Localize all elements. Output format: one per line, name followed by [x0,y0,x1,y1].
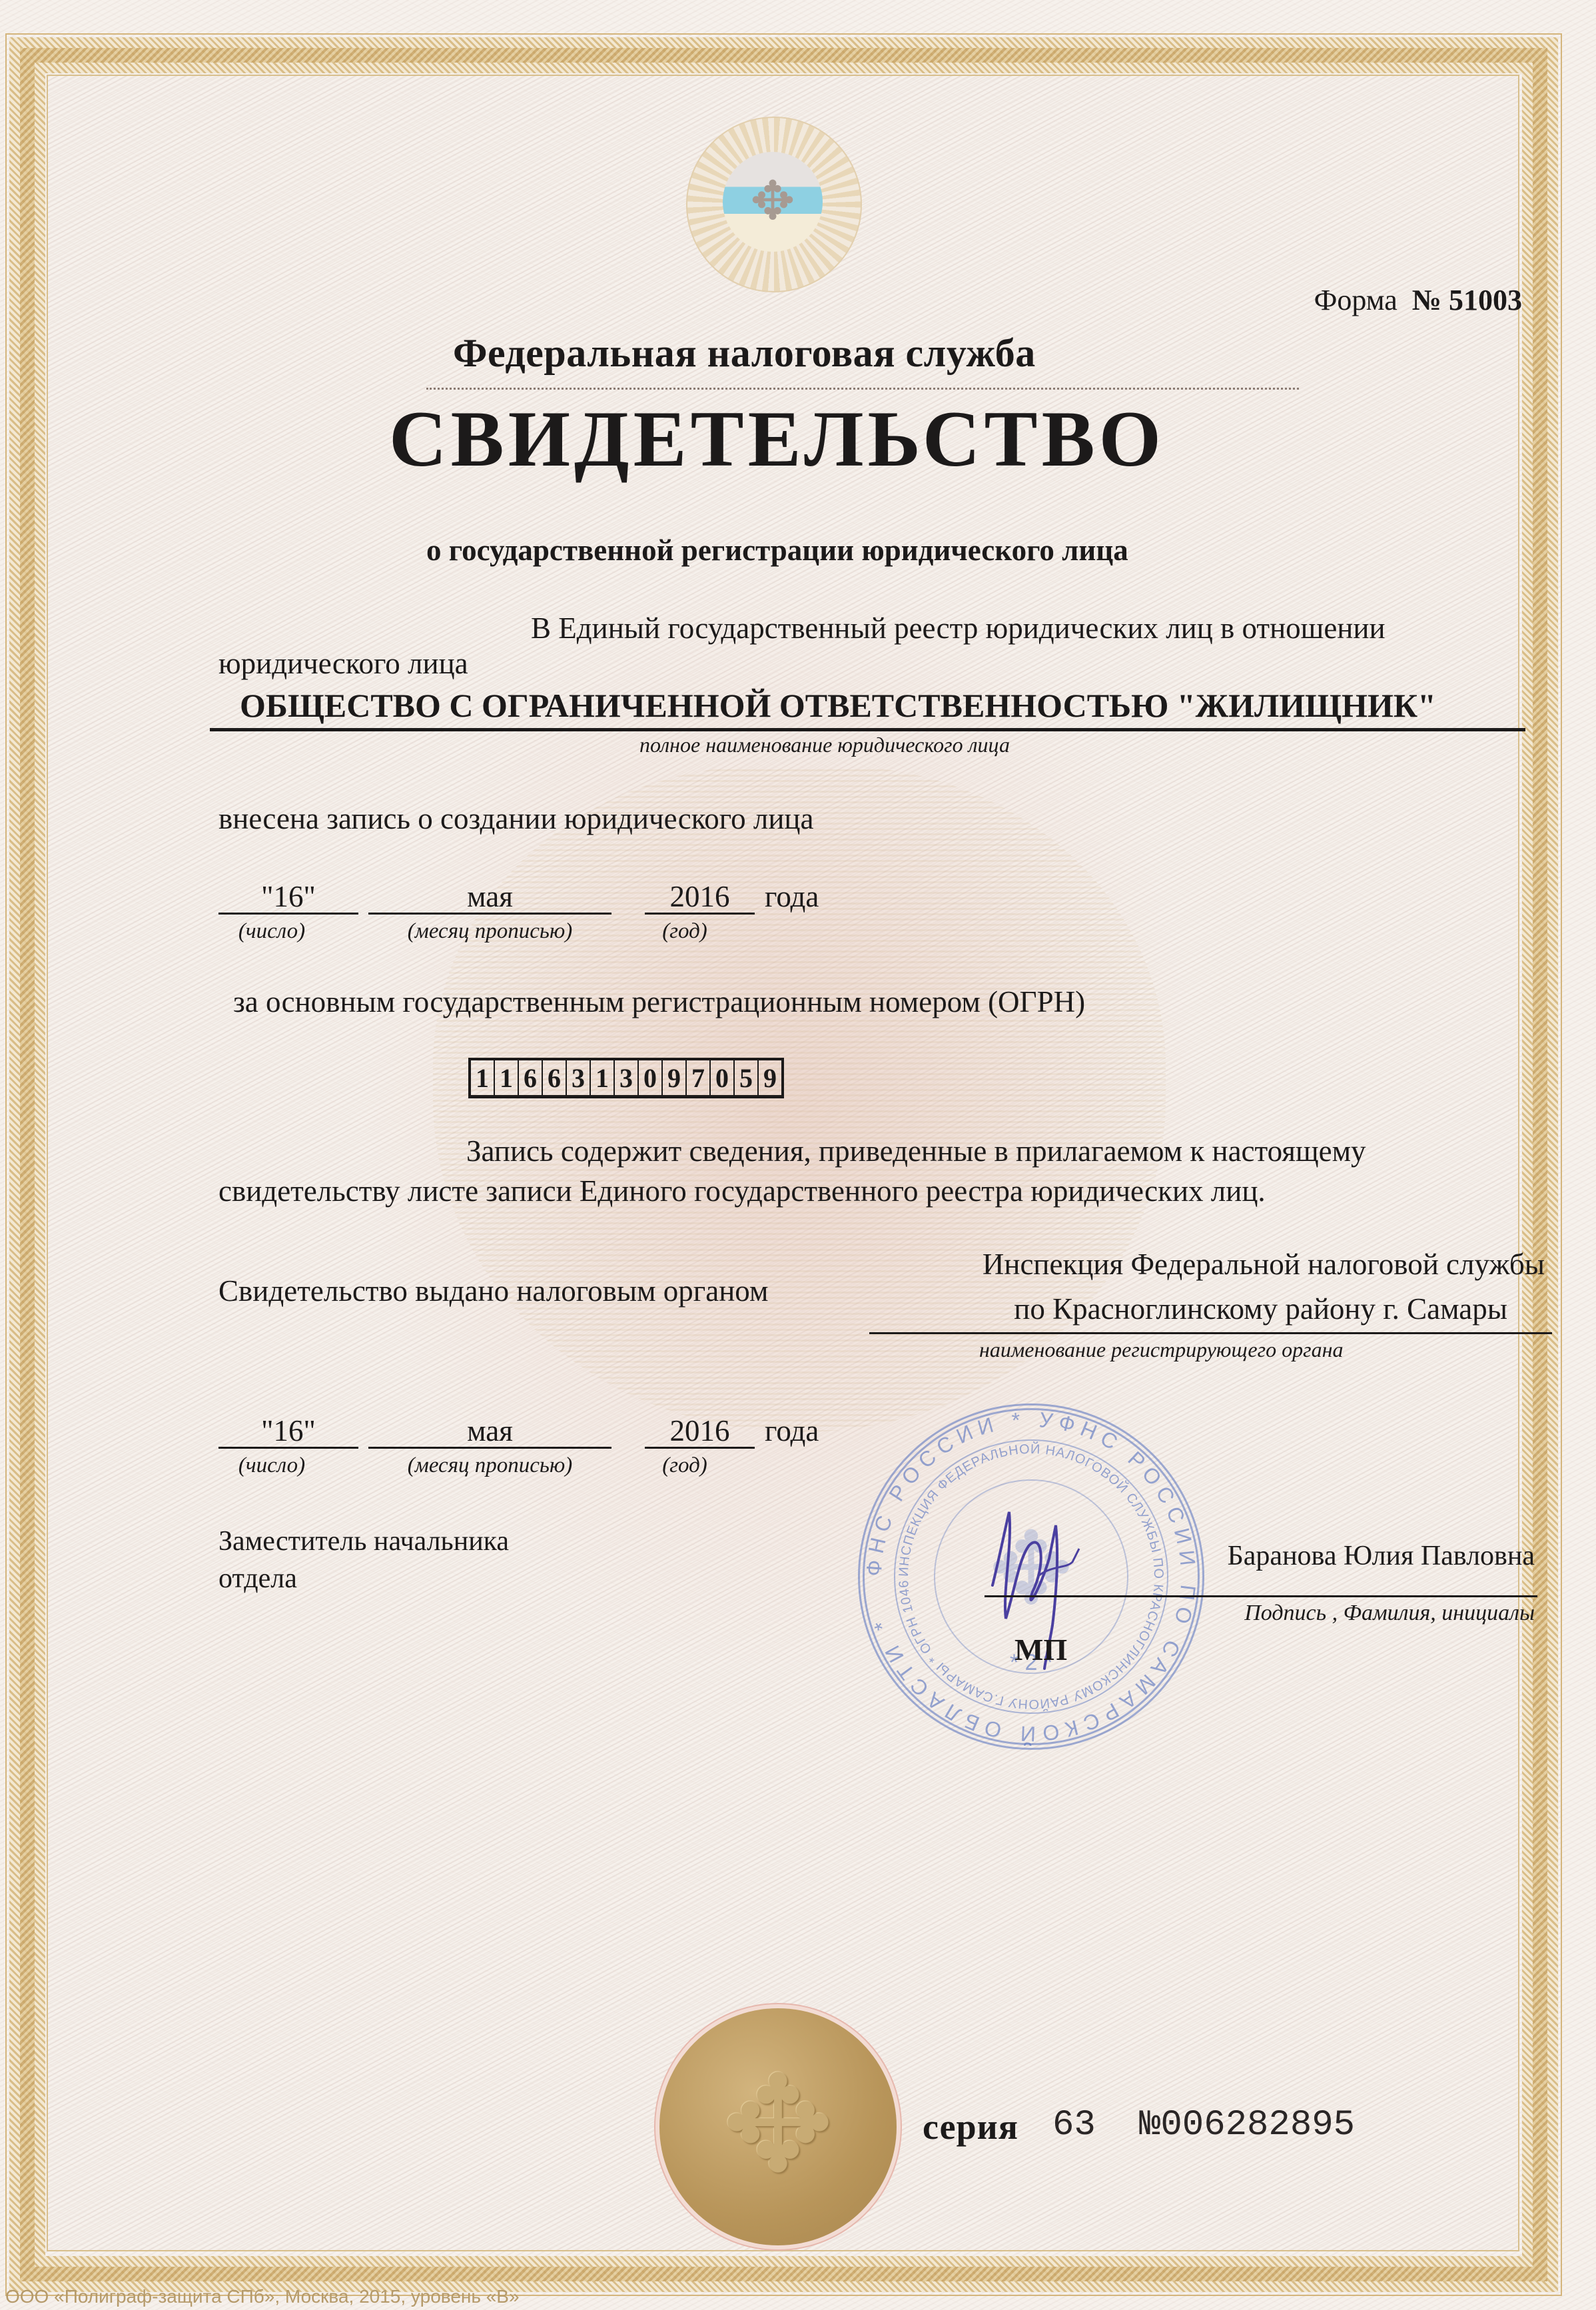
issue-month: мая [368,1413,611,1448]
registration-year-caption: (год) [645,919,725,944]
registration-year: 2016 [645,879,755,914]
company-name: ОБЩЕСТВО С ОГРАНИЧЕННОЙ ОТВЕТСТВЕННОСТЬЮ… [240,686,1436,725]
record-note-line-1: Запись содержит сведения, приведенные в … [466,1134,1366,1168]
ogrn-digit: 9 [759,1060,781,1095]
signature-caption: Подпись , Фамилия, инициалы [1244,1601,1535,1626]
entry-text: внесена запись о создании юридического л… [218,801,813,836]
form-number-label: Форма [1314,284,1397,316]
registration-year-line [645,913,755,915]
issue-year-line [645,1447,755,1449]
signature-line [985,1595,1537,1597]
seal-eagle-icon: ✥ [659,2025,897,2225]
document-number: №006282895 [1139,2105,1355,2145]
seal-place-mark: МП [1014,1632,1067,1667]
issue-day-line [218,1447,358,1449]
issue-day: "16" [218,1413,358,1448]
registration-month: мая [368,879,611,914]
signatory-name: Баранова Юлия Павловна [1228,1540,1535,1572]
issue-year: 2016 [645,1413,755,1448]
registration-year-suffix: года [765,879,819,914]
form-number-value: № 51003 [1412,284,1522,316]
issue-day-caption: (число) [218,1453,325,1478]
series-label: серия [923,2106,1018,2147]
ogrn-digit: 5 [735,1060,759,1095]
record-note-line-2: свидетельству листе записи Единого госуд… [218,1174,1266,1208]
issue-date: "16" (число) мая (месяц прописью) 2016 (… [218,1413,818,1493]
ogrn-digit: 3 [567,1060,591,1095]
issuer-caption: наименование регистрирующего органа [979,1338,1343,1362]
issue-year-suffix: года [765,1413,819,1448]
ogrn-digit: 1 [591,1060,615,1095]
registration-date: "16" (число) мая (месяц прописью) 2016 (… [218,879,818,959]
issue-month-line [368,1447,611,1449]
registration-day-caption: (число) [218,919,325,944]
ogrn-digit: 3 [615,1060,639,1095]
issue-year-caption: (год) [645,1453,725,1478]
registration-day: "16" [218,879,358,914]
ogrn-digit: 6 [519,1060,543,1095]
registration-month-caption: (месяц прописью) [368,919,611,944]
registration-day-line [218,913,358,915]
ogrn-label: за основным государственным регистрацион… [233,984,1085,1019]
registration-month-line [368,913,611,915]
ogrn-digit: 1 [495,1060,519,1095]
company-underline [210,728,1525,731]
intro-line-1: В Единый государственный реестр юридичес… [531,611,1386,645]
signatory-position-line-1: Заместитель начальника [218,1525,509,1557]
issuer-underline [869,1332,1552,1334]
ogrn-boxes: 1166313097059 [468,1058,784,1098]
ogrn-digit: 1 [471,1060,495,1095]
ogrn-digit: 0 [639,1060,663,1095]
document-subtitle: о государственной регистрации юридическо… [426,533,1128,568]
form-number: Форма № 51003 [1314,283,1522,317]
agency-name: Федеральная налоговая служба [453,330,1036,376]
intro-line-2: юридического лица [218,646,468,681]
agency-divider [426,388,1299,390]
issuer-label: Свидетельство выдано налоговым органом [218,1274,768,1308]
signatory-position-line-2: отдела [218,1563,297,1595]
ogrn-digit: 6 [543,1060,567,1095]
issue-month-caption: (месяц прописью) [368,1453,611,1478]
coat-of-arms-icon: ✥ [743,165,803,238]
issuer-name-line-2: по Красноглинскому району г. Самары [1014,1292,1507,1326]
printer-footer: ООО «Полиграф-защита СПб», Москва, 2015,… [5,2286,520,2307]
ogrn-digit: 7 [687,1060,711,1095]
company-caption: полное наименование юридического лица [639,733,1010,757]
ogrn-digit: 9 [663,1060,687,1095]
document-title: СВИДЕТЕЛЬСТВО [389,393,1165,485]
ogrn-digit: 0 [711,1060,735,1095]
series-value: 63 [1052,2105,1096,2145]
issuer-name-line-1: Инспекция Федеральной налоговой службы [983,1247,1545,1282]
